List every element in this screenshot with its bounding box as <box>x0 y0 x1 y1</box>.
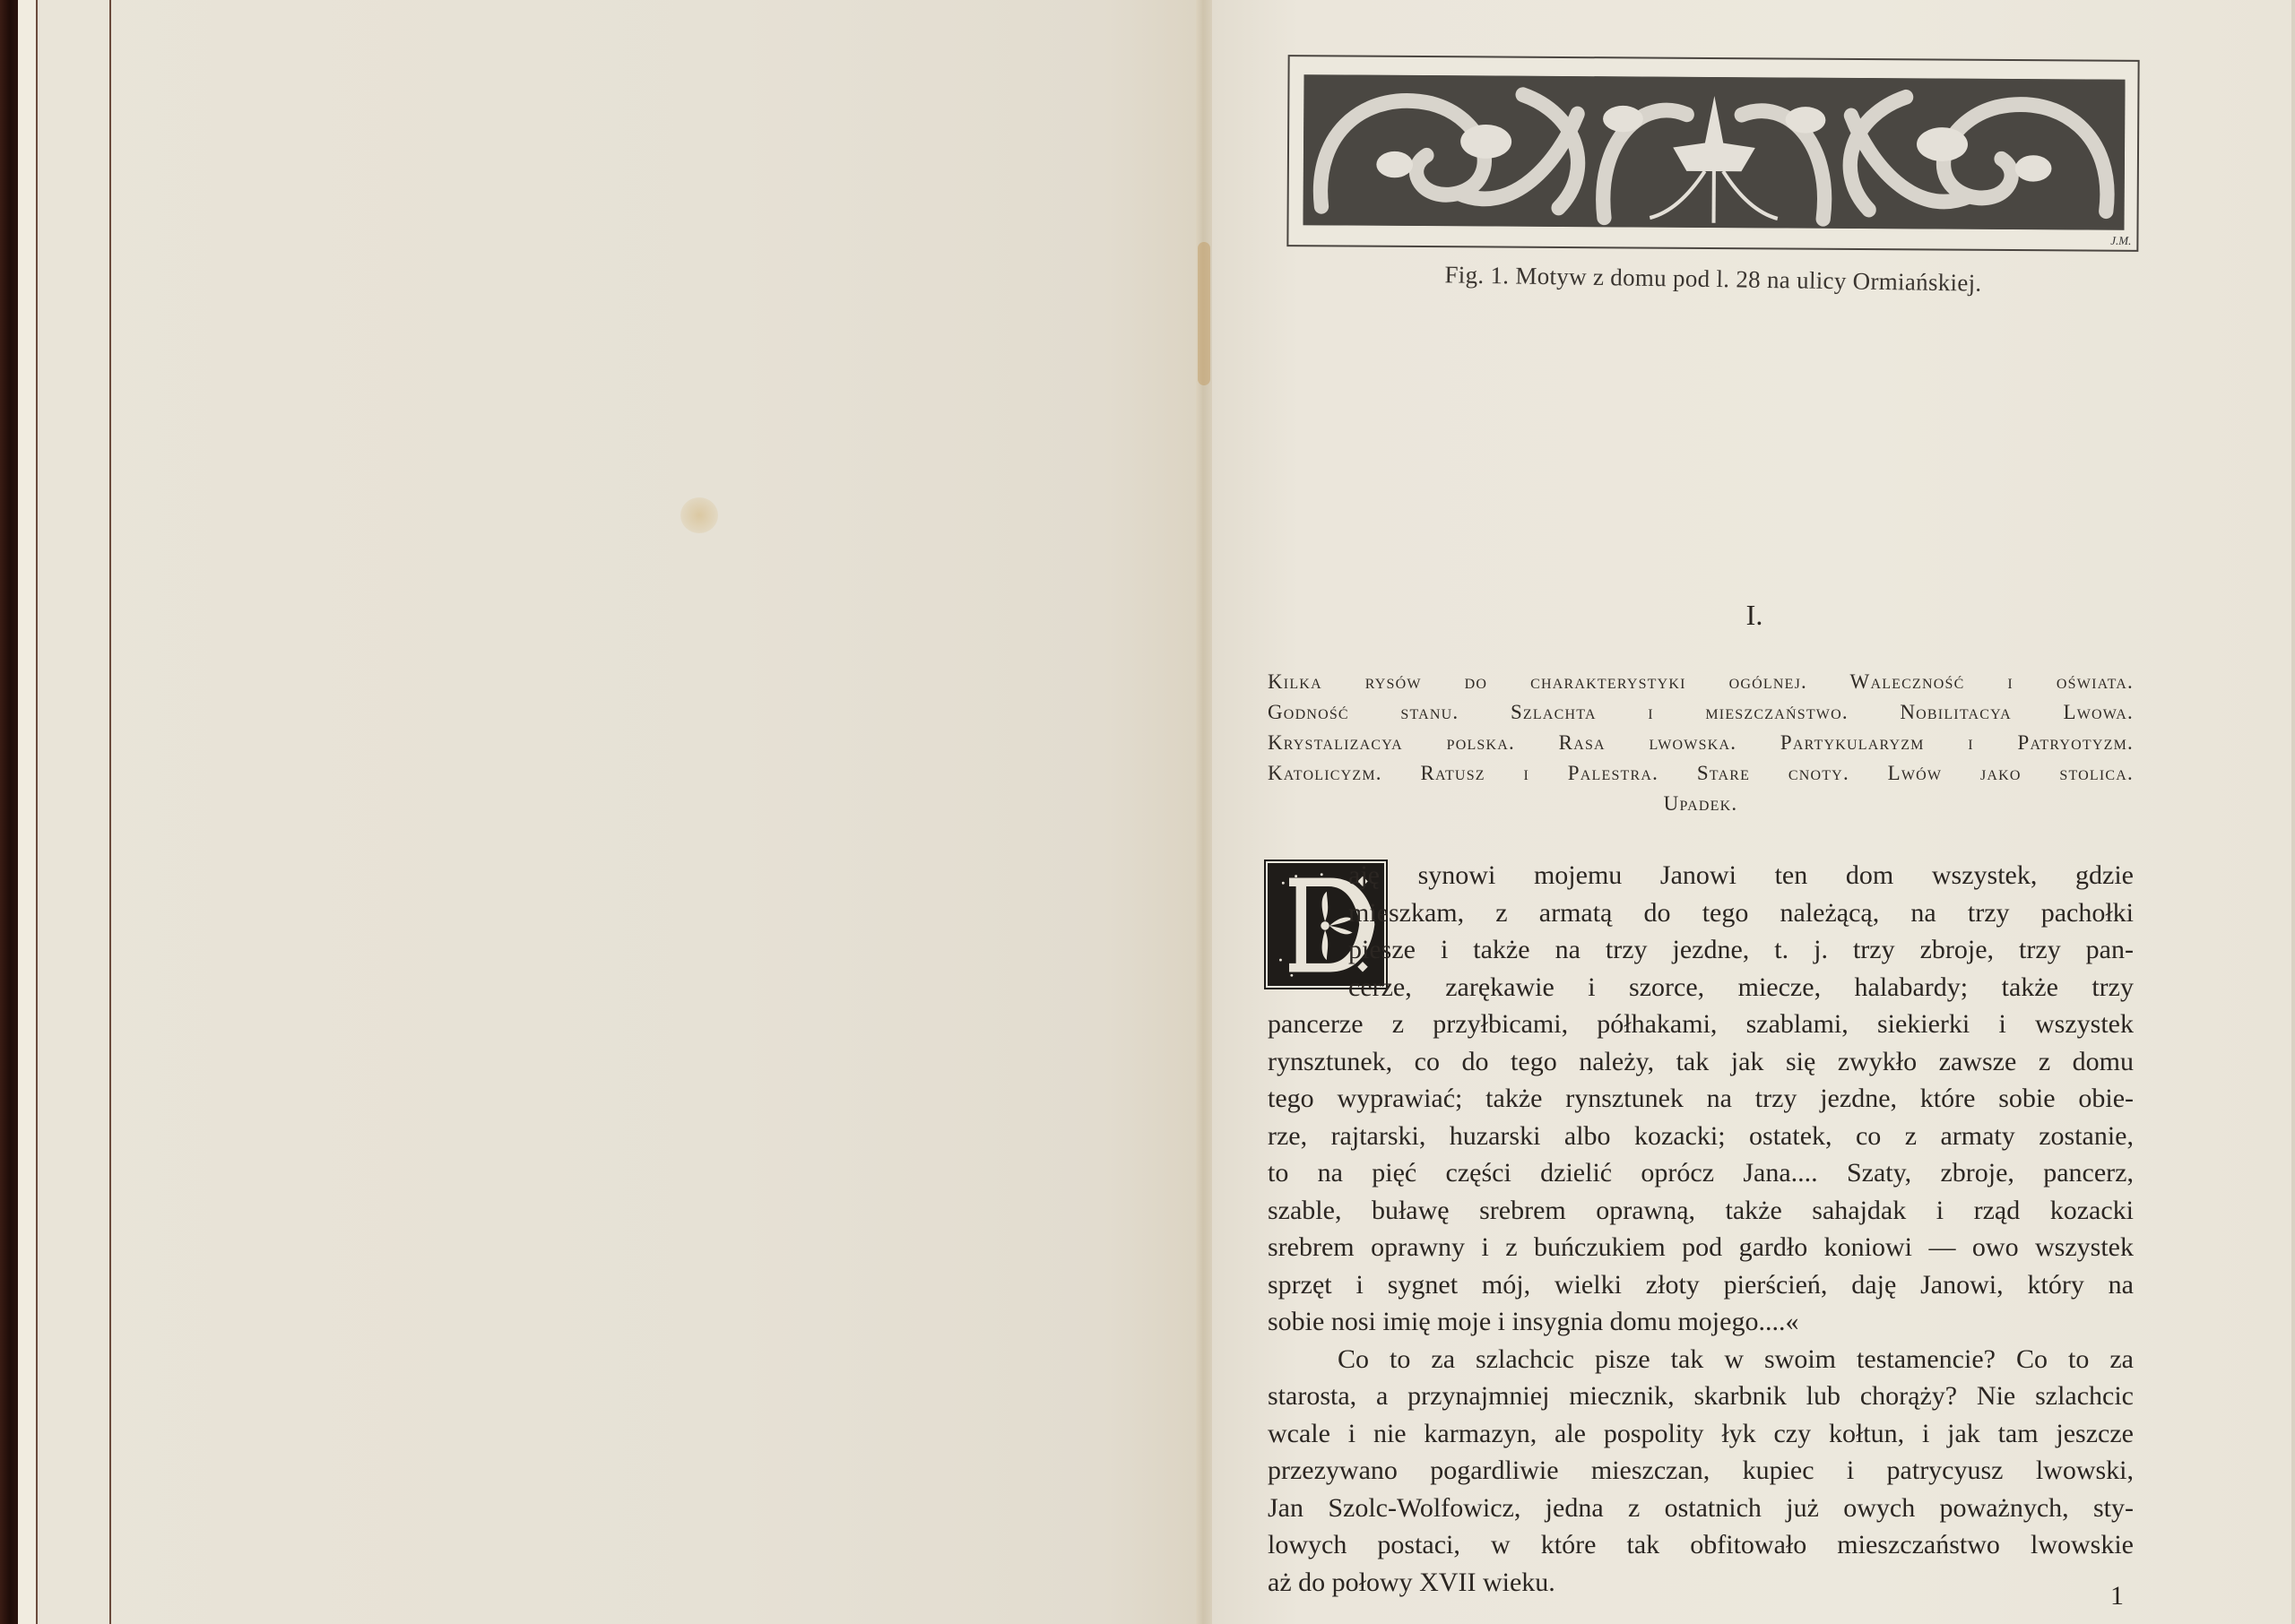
right-page-edge <box>2291 0 2295 1624</box>
text-line: szable, buławę srebrem oprawną, także sa… <box>1268 1192 2134 1230</box>
page-edge-line <box>36 0 38 1624</box>
ornament-illustration <box>1303 74 2126 230</box>
summary-line: Kilka rysów do charakterystyki ogólnej. … <box>1268 667 2134 697</box>
chapter-summary: Kilka rysów do charakterystyki ogólnej. … <box>1268 667 2134 819</box>
right-page: J.M. Fig. 1. Motyw z domu pod l. 28 na u… <box>1212 0 2295 1624</box>
text-line: piesze i także na trzy jezdne, t. j. trz… <box>1268 931 2134 969</box>
summary-line: Godność stanu. Szlachta i mieszczaństwo.… <box>1268 697 2134 728</box>
summary-line: Krystalizacya polska. Rasa lwowska. Part… <box>1268 728 2134 758</box>
text-line: wcale i nie karmazyn, ale pospolity łyk … <box>1268 1415 2134 1453</box>
text-line: cerze, zarękawie i szorce, miecze, halab… <box>1268 969 2134 1006</box>
text-line: srebrem oprawny i z buńczukiem pod gardł… <box>1268 1229 2134 1266</box>
text-line: to na pięć części dzielić oprócz Jana...… <box>1268 1154 2134 1192</box>
page-number: 1 <box>2110 1581 2124 1611</box>
chapter-number: I. <box>1696 599 1813 632</box>
figure-signature: J.M. <box>2110 234 2131 248</box>
scroll-ornament-icon <box>1303 74 2126 230</box>
body-text: aję synowi mojemu Janowi ten dom wszyste… <box>1268 857 2134 1601</box>
page-edge-line <box>109 0 111 1624</box>
book-spread: J.M. Fig. 1. Motyw z domu pod l. 28 na u… <box>0 0 2295 1624</box>
gutter-stain <box>1198 242 1210 385</box>
summary-line: Katolicyzm. Ratusz i Palestra. Stare cno… <box>1268 758 2134 789</box>
text-line: Jan Szolc-Wolfowicz, jedna z ostatnich j… <box>1268 1490 2134 1527</box>
page-stack-edge <box>18 0 38 1624</box>
text-line: rze, rajtarski, huzarski albo kozacki; o… <box>1268 1118 2134 1155</box>
figure-caption: Fig. 1. Motyw z domu pod l. 28 na ulicy … <box>1289 259 2137 300</box>
text-line: pancerze z przyłbicami, półhakami, szabl… <box>1268 1006 2134 1043</box>
text-line: aję synowi mojemu Janowi ten dom wszyste… <box>1268 857 2134 894</box>
text-line: sobie nosi imię moje i insygnia domu moj… <box>1268 1303 2134 1341</box>
text-line: sprzęt i sygnet mój, wielki złoty pierśc… <box>1268 1266 2134 1304</box>
text-line: rynsztunek, co do tego należy, tak jak s… <box>1268 1043 2134 1081</box>
text-line: tego wyprawiać; także rynsztunek na trzy… <box>1268 1080 2134 1118</box>
left-page <box>39 0 1196 1624</box>
text-line: lowych postaci, w które tak obfitowało m… <box>1268 1526 2134 1564</box>
ornament-figure: J.M. <box>1286 55 2139 252</box>
text-line: przezywano pogardliwie mieszczan, kupiec… <box>1268 1452 2134 1490</box>
text-line: starosta, a przynajmniej miecznik, skarb… <box>1268 1378 2134 1415</box>
foxing-stain <box>680 497 718 533</box>
book-cover-edge <box>0 0 20 1624</box>
text-line: Co to za szlachcic pisze tak w swoim tes… <box>1268 1341 2134 1378</box>
text-line: mieszkam, z armatą do tego należącą, na … <box>1268 894 2134 932</box>
summary-line: Upadek. <box>1268 789 2134 819</box>
text-line: aż do połowy XVII wieku. <box>1268 1564 2134 1602</box>
